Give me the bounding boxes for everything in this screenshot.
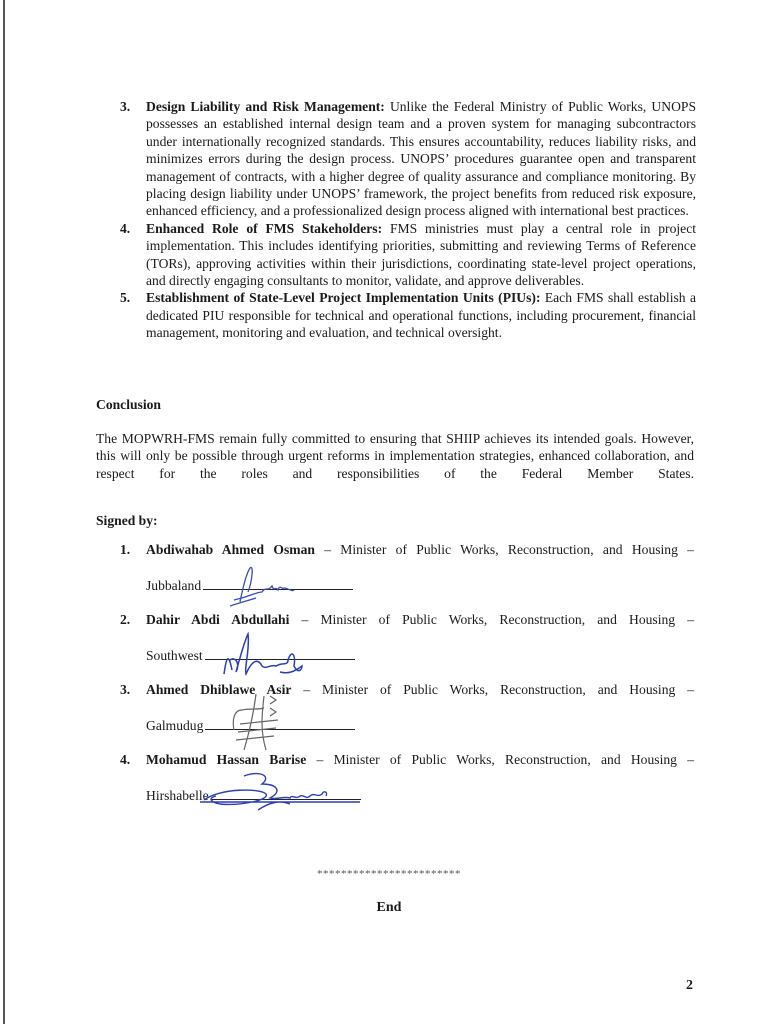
signature-mark [200, 770, 380, 820]
recommendations-list: 3. Design Liability and Risk Management:… [96, 98, 696, 342]
item-title: Enhanced Role of FMS Stakeholders: [146, 221, 382, 236]
conclusion-heading: Conclusion [96, 397, 161, 413]
signature-mark [220, 690, 300, 756]
signed-by-heading: Signed by: [96, 513, 158, 529]
page-number: 2 [686, 978, 693, 994]
signatory-role: – Minister of Public Works, Reconstructi… [291, 682, 694, 697]
recommendation-item: 5. Establishment of State-Level Project … [96, 289, 696, 341]
signatory-title-line: Dahir Abdi Abdullahi – Minister of Publi… [146, 612, 694, 628]
item-number: 5. [120, 289, 130, 306]
signatory-number: 1. [120, 542, 130, 558]
document-page: 3. Design Liability and Risk Management:… [0, 0, 778, 1024]
signatory-title-line: Mohamud Hassan Barise – Minister of Publ… [146, 752, 694, 768]
item-text: Unlike the Federal Ministry of Public Wo… [146, 99, 696, 218]
signatory-role: – Minister of Public Works, Reconstructi… [315, 542, 694, 557]
recommendation-item: 4. Enhanced Role of FMS Stakeholders: FM… [96, 220, 696, 290]
signatory-state: Jubbaland [146, 578, 201, 593]
signatory-state: Galmudug [146, 718, 203, 733]
end-separator: ************************ [0, 868, 778, 880]
item-title: Design Liability and Risk Management: [146, 99, 385, 114]
signatory-title-line: Abdiwahab Ahmed Osman – Minister of Publ… [146, 542, 694, 558]
item-number: 4. [120, 220, 130, 237]
signatory-number: 3. [120, 682, 130, 698]
signature-mark [212, 562, 312, 612]
signature-mark [218, 630, 318, 682]
signatory-number: 4. [120, 752, 130, 768]
end-label: End [0, 900, 778, 916]
signatory-name: Abdiwahab Ahmed Osman [146, 542, 315, 557]
recommendation-item: 3. Design Liability and Risk Management:… [96, 98, 696, 220]
signatory-number: 2. [120, 612, 130, 628]
item-number: 3. [120, 98, 130, 115]
conclusion-paragraph: The MOPWRH-FMS remain fully committed to… [96, 430, 694, 482]
signatory-name: Dahir Abdi Abdullahi [146, 612, 289, 627]
signatory-name: Mohamud Hassan Barise [146, 752, 306, 767]
signatory-state: Southwest [146, 648, 203, 663]
signatory-role: – Minister of Public Works, Reconstructi… [289, 612, 694, 627]
item-title: Establishment of State-Level Project Imp… [146, 290, 540, 305]
signatory-role: – Minister of Public Works, Reconstructi… [306, 752, 694, 767]
